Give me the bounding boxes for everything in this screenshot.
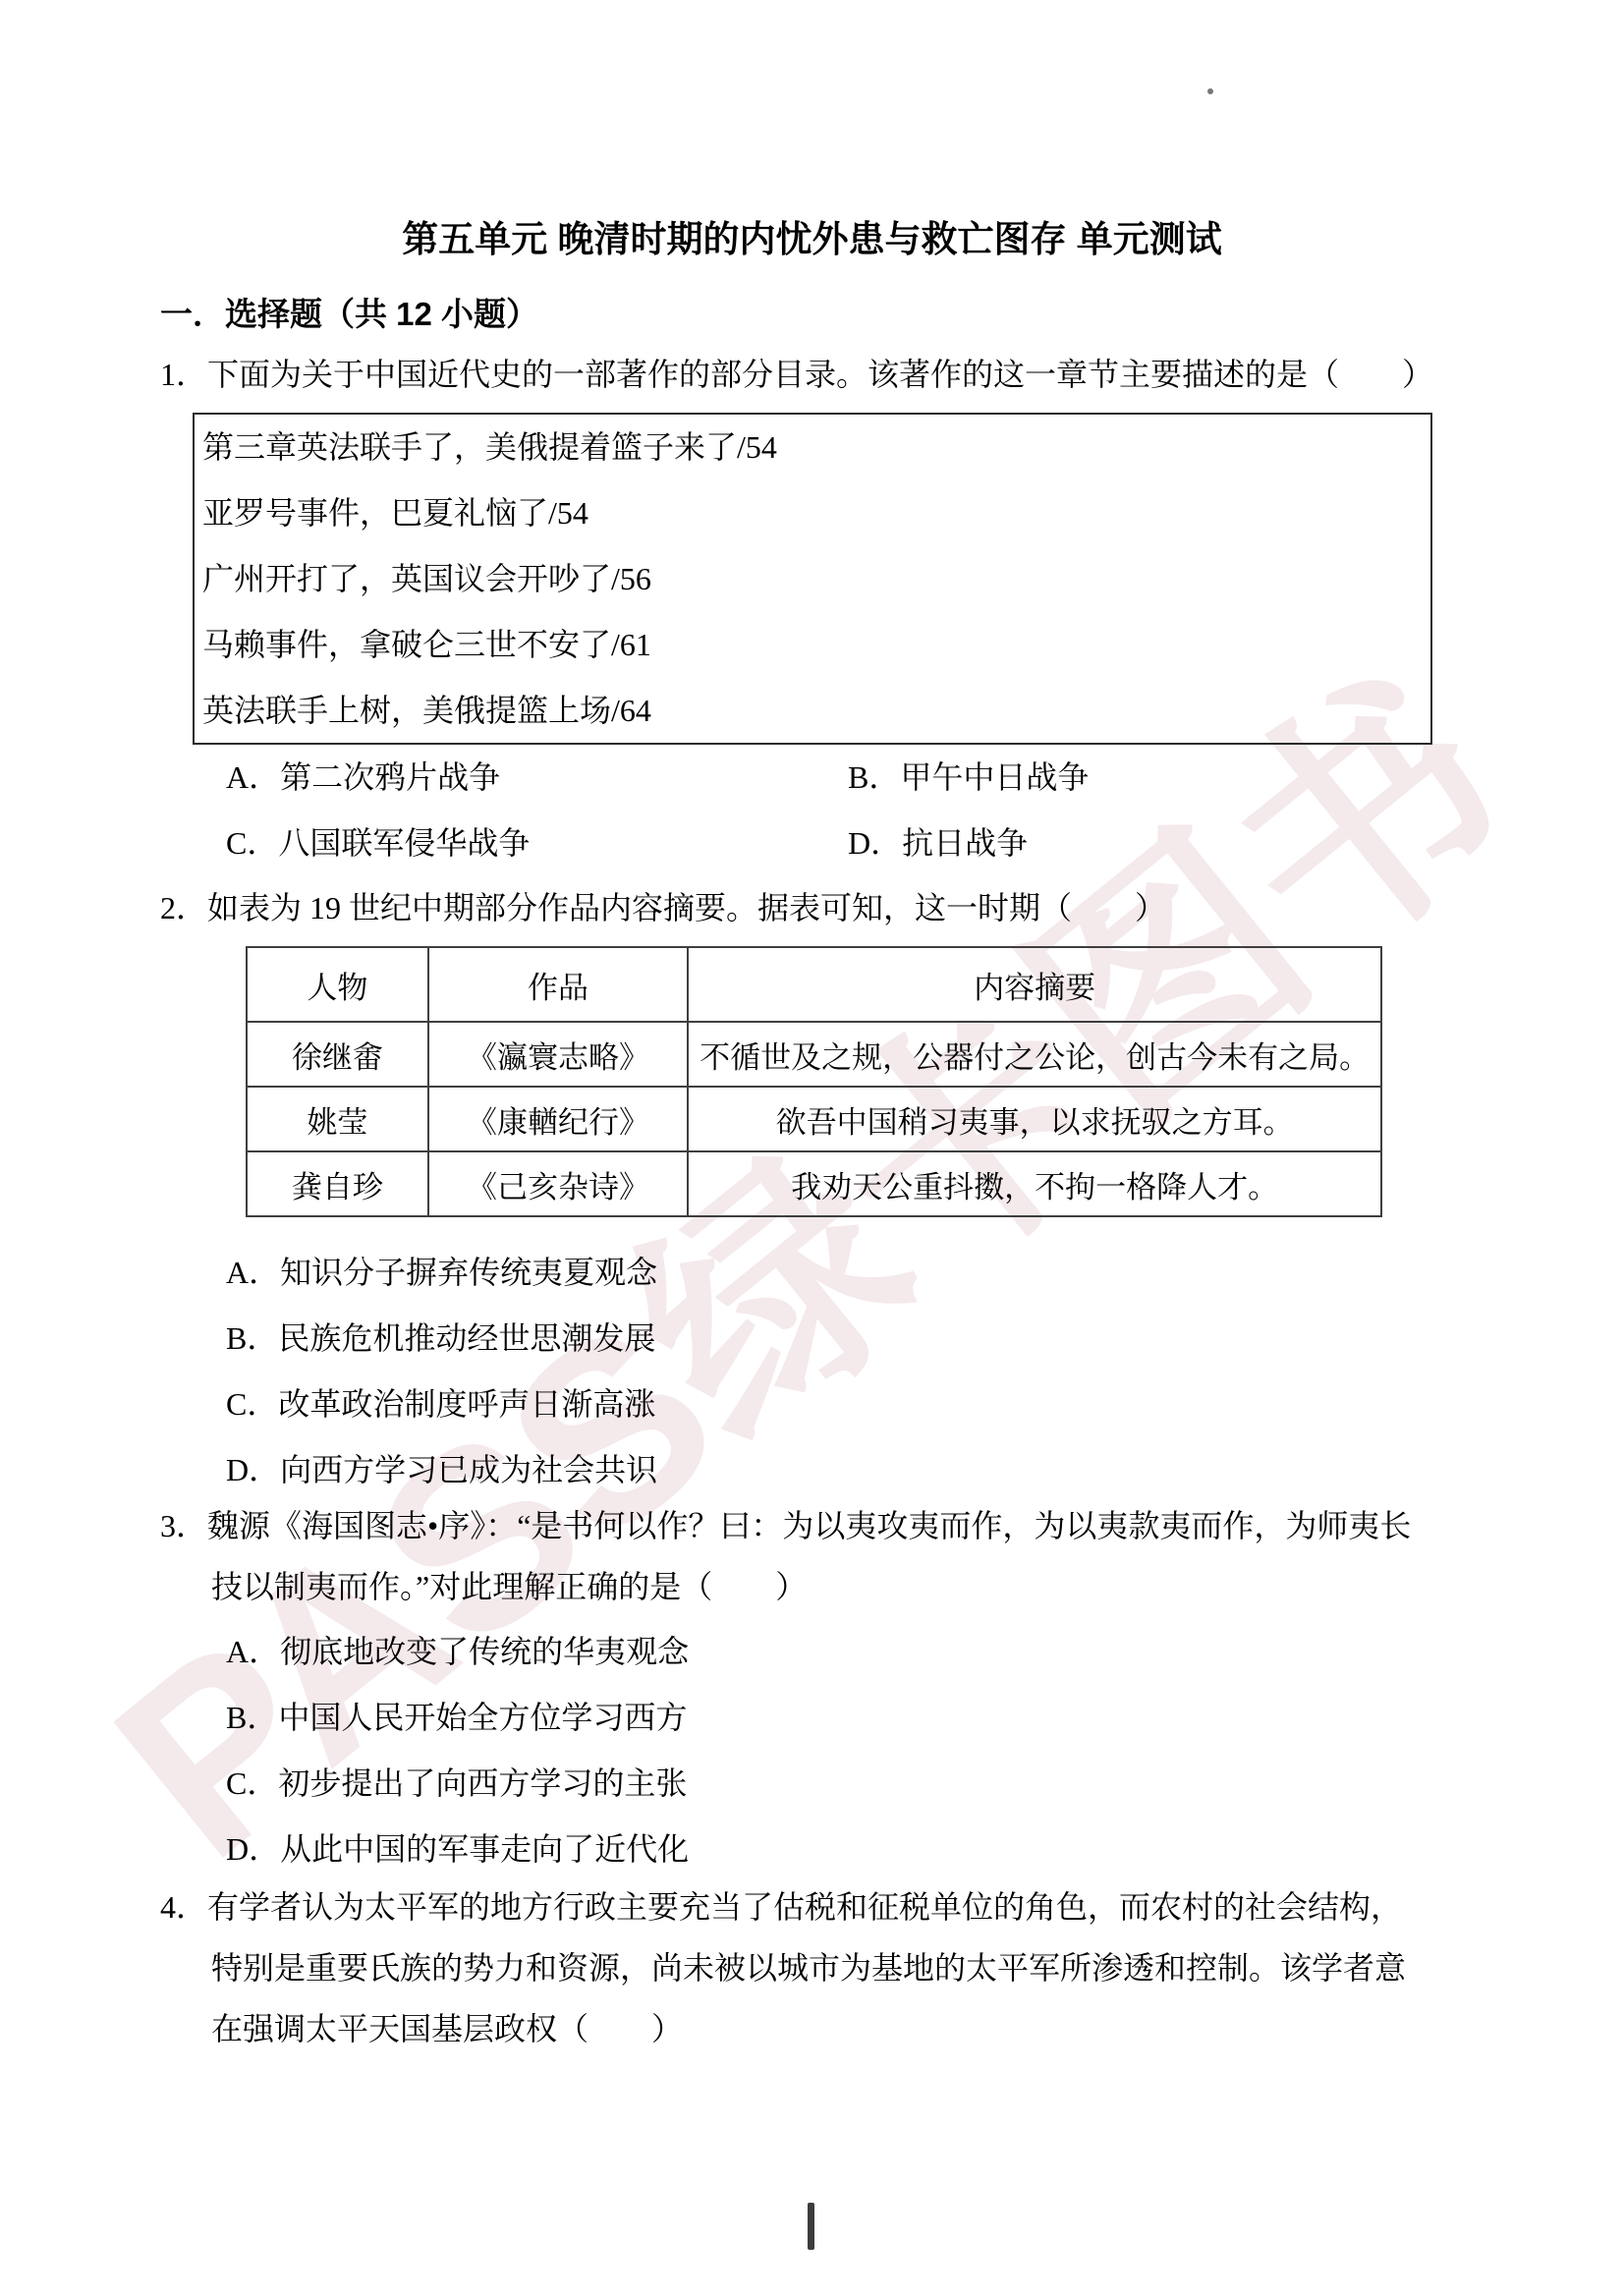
table-header-work: 作品 — [428, 947, 689, 1022]
option-text: 从此中国的军事走向了近代化 — [280, 1831, 689, 1867]
q2-option-c: C．改革政治制度呼声日渐高涨 — [226, 1372, 657, 1437]
q1-option-d: D．抗日战争 — [848, 811, 1089, 876]
stray-dot — [1207, 88, 1213, 94]
page-title: 第五单元 晚清时期的内忧外患与救亡图存 单元测试 — [0, 216, 1624, 263]
question-1-text: 下面为关于中国近代史的一部著作的部分目录。该著作的这一章节主要描述的是（ ） — [207, 357, 1433, 392]
table-cell: 我劝天公重抖擞，不拘一格降人才。 — [688, 1151, 1381, 1216]
question-4-number: 4． — [160, 1889, 207, 1925]
table-cell: 《康輶纪行》 — [428, 1087, 689, 1151]
q1-option-c: C．八国联军侵华战争 — [226, 811, 848, 876]
option-text: 改革政治制度呼声日渐高涨 — [278, 1386, 655, 1422]
table-row: 龚自珍 《己亥杂诗》 我劝天公重抖擞，不拘一格降人才。 — [247, 1151, 1381, 1216]
option-label: B． — [848, 759, 900, 795]
question-2-number: 2． — [160, 890, 207, 925]
option-label: A． — [226, 1634, 280, 1669]
option-text: 彻底地改变了传统的华夷观念 — [280, 1634, 689, 1669]
option-label: A． — [226, 1255, 280, 1290]
question-3-number: 3． — [160, 1508, 207, 1543]
table-header-digest: 内容摘要 — [688, 947, 1381, 1022]
option-label: B． — [226, 1320, 278, 1356]
q3-option-d: D．从此中国的军事走向了近代化 — [226, 1817, 689, 1882]
question-1-number: 1． — [160, 357, 207, 392]
q2-options: A．知识分子摒弃传统夷夏观念 B．民族危机推动经世思潮发展 C．改革政治制度呼声… — [226, 1240, 657, 1503]
q3-option-a: A．彻底地改变了传统的华夷观念 — [226, 1619, 689, 1685]
option-label: A． — [226, 759, 280, 795]
question-4: 4．有学者认为太平军的地方行政主要充当了估税和征税单位的角色，而农村的社会结构，… — [160, 1876, 1482, 2059]
option-label: D． — [226, 1452, 280, 1487]
option-label: C． — [226, 1765, 278, 1801]
q1-options: A．第二次鸦片战争 B．甲午中日战争 C．八国联军侵华战争 D．抗日战争 — [226, 745, 1089, 876]
table-cell: 徐继畬 — [247, 1022, 428, 1087]
question-4-text: 有学者认为太平军的地方行政主要充当了估税和征税单位的角色，而农村的社会结构， 特… — [207, 1889, 1406, 2046]
section-header: 一．选择题（共 12 小题） — [160, 295, 538, 334]
text-cursor-bar — [808, 2203, 814, 2250]
catalog-line: 第三章英法联手了，美俄提着篮子来了/54 — [202, 415, 1430, 480]
option-label: B． — [226, 1700, 278, 1735]
table-row: 姚莹 《康輶纪行》 欲吾中国稍习夷事，以求抚驭之方耳。 — [247, 1087, 1381, 1151]
table-header-person: 人物 — [247, 947, 428, 1022]
option-text: 抗日战争 — [902, 825, 1028, 861]
q2-option-b: B．民族危机推动经世思潮发展 — [226, 1306, 657, 1372]
table-header-row: 人物 作品 内容摘要 — [247, 947, 1381, 1022]
q1-option-a: A．第二次鸦片战争 — [226, 745, 848, 811]
catalog-line: 亚罗号事件，巴夏礼恼了/54 — [202, 480, 1430, 546]
q3-options: A．彻底地改变了传统的华夷观念 B．中国人民开始全方位学习西方 C．初步提出了向… — [226, 1619, 689, 1882]
table-cell: 姚莹 — [247, 1087, 428, 1151]
question-1: 1．下面为关于中国近代史的一部著作的部分目录。该著作的这一章节主要描述的是（ ） — [160, 344, 1482, 405]
catalog-line: 英法联手上树，美俄提篮上场/64 — [202, 678, 1430, 744]
q2-table-head: 人物 作品 内容摘要 — [247, 947, 1381, 1022]
option-text: 民族危机推动经世思潮发展 — [278, 1320, 655, 1356]
option-text: 八国联军侵华战争 — [278, 825, 530, 861]
q2-table: 人物 作品 内容摘要 徐继畬 《瀛寰志略》 不循世及之规，公器付之公论，创古今未… — [246, 946, 1382, 1217]
table-row: 徐继畬 《瀛寰志略》 不循世及之规，公器付之公论，创古今未有之局。 — [247, 1022, 1381, 1087]
table-cell: 《己亥杂诗》 — [428, 1151, 689, 1216]
catalog-line: 广州开打了，英国议会开吵了/56 — [202, 546, 1430, 612]
q1-catalog-box: 第三章英法联手了，美俄提着篮子来了/54 亚罗号事件，巴夏礼恼了/54 广州开打… — [193, 413, 1432, 745]
question-2-text: 如表为 19 世纪中期部分作品内容摘要。据表可知，这一时期（ ） — [207, 890, 1166, 925]
catalog-line: 马赖事件，拿破仑三世不安了/61 — [202, 612, 1430, 678]
option-text: 知识分子摒弃传统夷夏观念 — [280, 1255, 657, 1290]
option-text: 初步提出了向西方学习的主张 — [278, 1765, 687, 1801]
q3-option-b: B．中国人民开始全方位学习西方 — [226, 1685, 689, 1751]
option-label: C． — [226, 825, 278, 861]
q2-option-a: A．知识分子摒弃传统夷夏观念 — [226, 1240, 657, 1306]
option-text: 向西方学习已成为社会共识 — [280, 1452, 657, 1487]
option-label: D． — [848, 825, 902, 861]
q3-option-c: C．初步提出了向西方学习的主张 — [226, 1751, 689, 1817]
question-2: 2．如表为 19 世纪中期部分作品内容摘要。据表可知，这一时期（ ） — [160, 877, 1482, 938]
table-cell: 不循世及之规，公器付之公论，创古今未有之局。 — [688, 1022, 1381, 1087]
question-3: 3．魏源《海国图志•序》：“是书何以作？曰：为以夷攻夷而作，为以夷款夷而作，为师… — [160, 1495, 1482, 1617]
question-3-text: 魏源《海国图志•序》：“是书何以作？曰：为以夷攻夷而作，为以夷款夷而作，为师夷长… — [207, 1508, 1411, 1604]
option-text: 中国人民开始全方位学习西方 — [278, 1700, 687, 1735]
document-page: PASS绿卡图书 第五单元 晚清时期的内忧外患与救亡图存 单元测试 一．选择题（… — [0, 0, 1624, 2296]
q2-option-d: D．向西方学习已成为社会共识 — [226, 1437, 657, 1503]
table-cell: 欲吾中国稍习夷事，以求抚驭之方耳。 — [688, 1087, 1381, 1151]
q2-table-body: 徐继畬 《瀛寰志略》 不循世及之规，公器付之公论，创古今未有之局。 姚莹 《康輶… — [247, 1022, 1381, 1216]
table-cell: 龚自珍 — [247, 1151, 428, 1216]
table-cell: 《瀛寰志略》 — [428, 1022, 689, 1087]
q1-option-b: B．甲午中日战争 — [848, 745, 1089, 811]
option-label: C． — [226, 1386, 278, 1422]
option-text: 第二次鸦片战争 — [280, 759, 500, 795]
option-label: D． — [226, 1831, 280, 1867]
option-text: 甲午中日战争 — [900, 759, 1089, 795]
